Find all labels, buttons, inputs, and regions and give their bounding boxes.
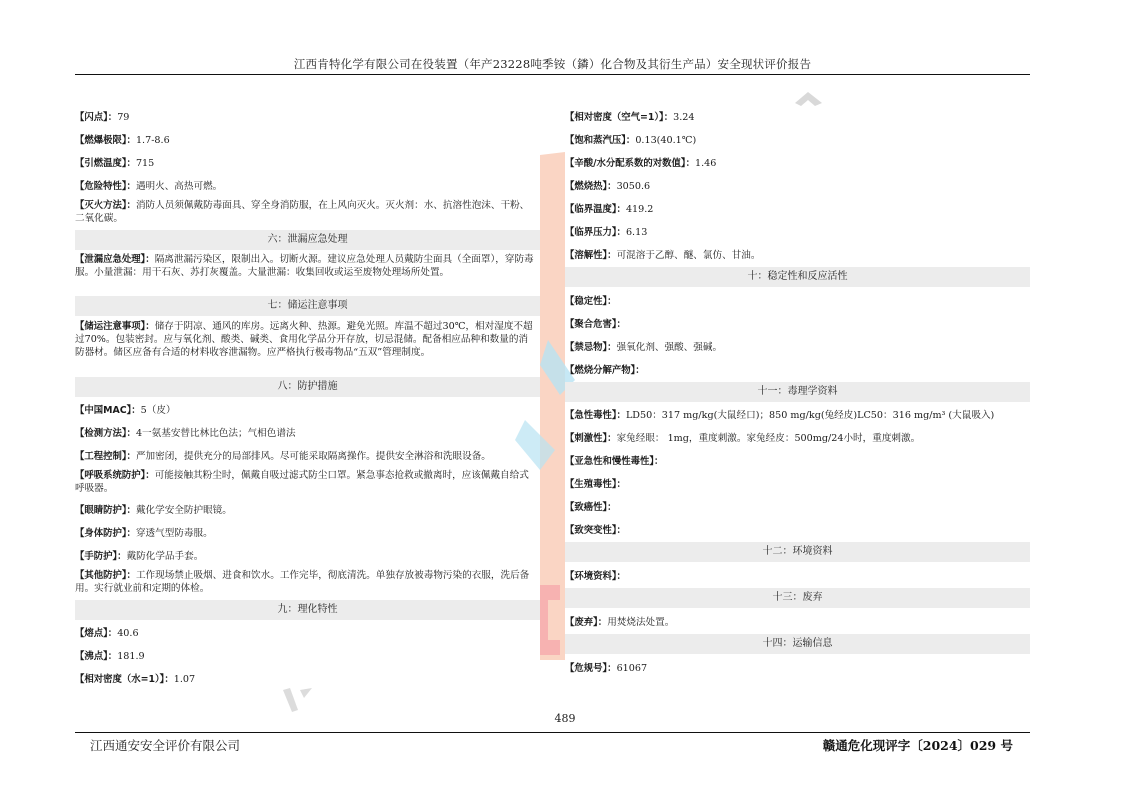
field-other-protection: 【其他防护】：工作现场禁止吸烟、进食和饮水。工作完毕，彻底清洗。单独存放被毒物污… <box>75 569 537 595</box>
page-header-title: 江西肯特化学有限公司在役装置（年产23228吨季铵（鏻）化合物及其衍生产品）安全… <box>75 56 1030 72</box>
page-number: 489 <box>545 712 585 725</box>
footer-report-number: 赣通危化现评字〔2024〕029 号 <box>823 736 1013 754</box>
field-chronic-toxicity: 【亚急性和慢性毒性】： <box>565 455 1027 468</box>
field-acute-toxicity: 【急性毒性】：LD50：317 mg/kg(大鼠经口)；850 mg/kg(兔经… <box>565 409 1040 422</box>
field-storage: 【储运注意事项】：储存于阴凉、通风的库房。远离火种、热源。避免光照。库温不超过3… <box>75 320 537 359</box>
field-boiling-point: 【沸点】：181.9 <box>75 650 537 663</box>
field-carcinogenicity: 【致癌性】： <box>565 501 1027 514</box>
field-firefighting: 【灭火方法】：消防人员须佩戴防毒面具、穿全身消防服，在上风向灭火。灭火剂：水、抗… <box>75 199 537 225</box>
header-rule <box>75 74 1030 75</box>
field-hazard-properties: 【危险特性】：遇明火、高热可燃。 <box>75 180 537 193</box>
field-engineering-control: 【工程控制】：严加密闭，提供充分的局部排风。尽可能采取隔离操作。提供安全淋浴和洗… <box>75 450 545 463</box>
field-melting-point: 【熔点】：40.6 <box>75 627 537 640</box>
field-stability: 【稳定性】： <box>565 295 1027 308</box>
field-disposal: 【废弃】：用焚烧法处置。 <box>565 616 1027 629</box>
section-title-physchem: 九：理化特性 <box>75 600 540 620</box>
field-flash-point: 【闪点】：79 <box>75 111 537 124</box>
section-title-disposal: 十三：废弃 <box>565 588 1030 608</box>
section-title-stability: 十：稳定性和反应活性 <box>565 267 1030 287</box>
field-critical-pressure: 【临界压力】：6.13 <box>565 226 1027 239</box>
field-partition-coefficient: 【辛酸/水分配系数的对数值】：1.46 <box>565 157 1027 170</box>
field-vapor-pressure: 【饱和蒸汽压】：0.13(40.1℃) <box>565 134 1027 147</box>
footer-rule <box>75 732 1030 733</box>
field-irritation: 【刺激性】：家兔经眼： 1mg，重度刺激。家兔经皮：500mg/24小时，重度刺… <box>565 432 1027 445</box>
field-relative-density-air: 【相对密度（空气=1）】：3.24 <box>565 111 1027 124</box>
section-title-toxicology: 十一：毒理学资料 <box>565 382 1030 402</box>
field-heat-of-combustion: 【燃烧热】：3050.6 <box>565 180 1027 193</box>
field-hand-protection: 【手防护】：戴防化学品手套。 <box>75 550 537 563</box>
field-solubility: 【溶解性】：可混溶于乙醇、醚、氯仿、甘油。 <box>565 249 1027 262</box>
section-title-transport: 十四：运输信息 <box>565 634 1030 654</box>
field-dangerous-goods-number: 【危规号】：61067 <box>565 662 1027 675</box>
field-relative-density-water: 【相对密度（水=1）】：1.07 <box>75 673 537 686</box>
footer-company: 江西通安安全评价有限公司 <box>90 736 240 754</box>
field-eye-protection: 【眼睛防护】：戴化学安全防护眼镜。 <box>75 504 537 517</box>
field-combustion-products: 【燃烧分解产物】： <box>565 364 1027 377</box>
field-china-mac: 【中国MAC】：5（皮） <box>75 404 537 417</box>
field-detection-method: 【检测方法】：4一氨基安替比林比色法；气相色谱法 <box>75 427 537 440</box>
field-environment: 【环境资料】： <box>565 570 1027 583</box>
field-critical-temperature: 【临界温度】：419.2 <box>565 203 1027 216</box>
field-incompatibles: 【禁忌物】：强氧化剂、强酸、强碱。 <box>565 341 1027 354</box>
field-polymerization-hazard: 【聚合危害】： <box>565 318 1027 331</box>
section-title-protection: 八：防护措施 <box>75 377 540 397</box>
section-title-leak: 六：泄漏应急处理 <box>75 230 540 250</box>
field-explosive-limits: 【燃爆极限】：1.7-8.6 <box>75 134 537 147</box>
field-leak-response: 【泄漏应急处理】：隔离泄漏污染区，限制出入。切断火源。建议应急处理人员戴防尘面具… <box>75 253 537 279</box>
field-respiratory-protection: 【呼吸系统防护】：可能接触其粉尘时，佩戴自吸过滤式防尘口罩。紧急事态抢救或撤离时… <box>75 469 537 495</box>
section-title-storage: 七：储运注意事项 <box>75 296 540 316</box>
field-body-protection: 【身体防护】：穿透气型防毒服。 <box>75 527 537 540</box>
field-reproductive-toxicity: 【生殖毒性】： <box>565 478 1027 491</box>
section-title-environment: 十二：环境资料 <box>565 542 1030 562</box>
field-ignition-temp: 【引燃温度】：715 <box>75 157 537 170</box>
field-mutagenicity: 【致突变性】： <box>565 524 1027 537</box>
